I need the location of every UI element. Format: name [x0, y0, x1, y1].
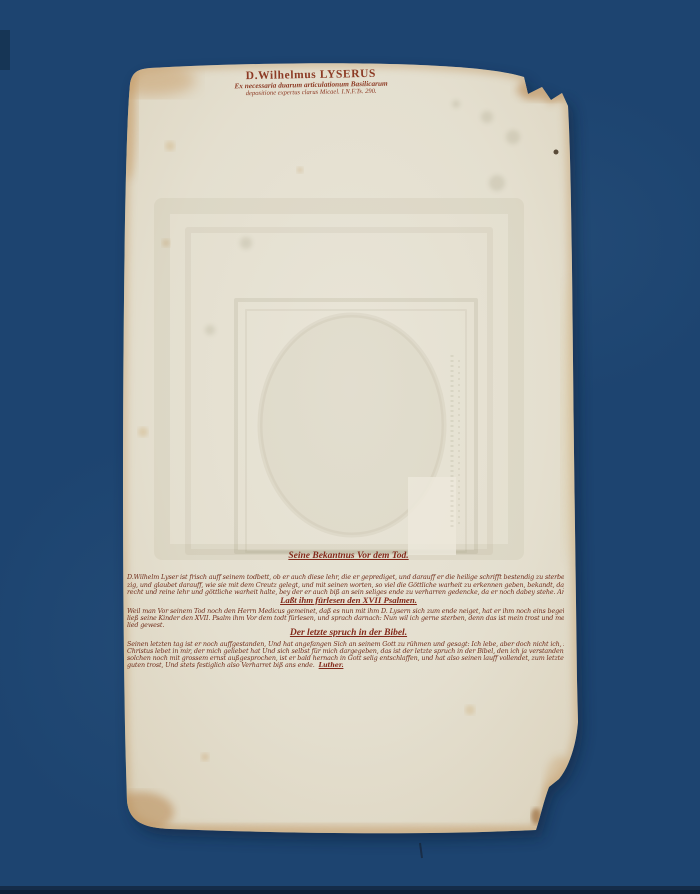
manuscript-heading-bible: Der letzte spruch in der Bibel.	[130, 628, 567, 638]
backdrop-bottom-edge	[0, 890, 700, 894]
wormhole-spot	[554, 150, 559, 155]
sheet-title-block: D.Wilhelmus LYSERUS Ex necessaria duarum…	[225, 68, 397, 98]
backdrop-bottom-shade	[0, 886, 700, 890]
manuscript-last-line: guten trost, Und stets festiglich also V…	[127, 662, 343, 669]
manuscript-line: zig, und glaubet darauff, wie sie mit de…	[127, 582, 564, 589]
tablet-show-through	[408, 477, 456, 555]
photograph-of-document: D.Wilhelmus LYSERUS Ex necessaria duarum…	[0, 0, 700, 894]
manuscript-line: Seinen letzten tag ist er noch auffgesta…	[127, 641, 564, 648]
paper-sheet-graphic	[0, 0, 700, 894]
manuscript-heading-psalm: Laßt ihm fürlesen den XVII Psalmen.	[130, 595, 567, 605]
signature-luther: Luther.	[319, 661, 344, 669]
manuscript-line: D.Wilhelm Lyser ist frisch auff seinem t…	[127, 574, 564, 581]
manuscript-heading-confession: Seine Bekantnus Vor dem Tod.	[130, 551, 567, 561]
manuscript-line: ließ seine Kinder den XVII. Psalm ihm Vo…	[127, 615, 564, 622]
manuscript-line: guten trost, Und stets festiglich also V…	[127, 661, 315, 669]
manuscript-line: Christus lebet in mir, der mich geliebet…	[127, 648, 564, 655]
backdrop-dark-patch	[0, 30, 10, 70]
manuscript-line: Weil man Vor seinem Tod noch den Herrn M…	[127, 608, 564, 615]
